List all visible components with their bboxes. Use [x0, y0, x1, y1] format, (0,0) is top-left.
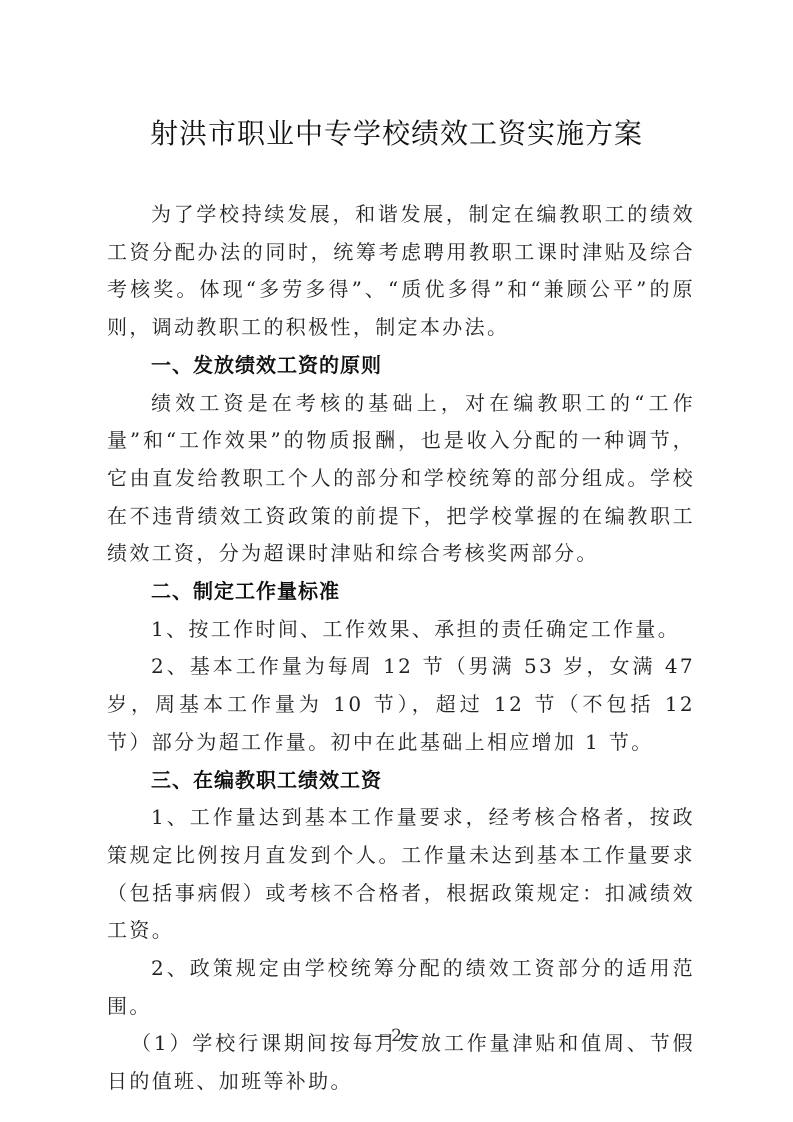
section-heading-3: 三、在编教职工绩效工资	[107, 762, 695, 800]
section-heading-1: 一、发放绩效工资的原则	[107, 347, 695, 385]
document-title: 射洪市职业中专学校绩效工资实施方案	[0, 112, 793, 152]
page-number: —2—	[0, 1026, 793, 1046]
section-2-item-1: 1、按工作时间、工作效果、承担的责任确定工作量。	[107, 611, 695, 649]
section-heading-2: 二、制定工作量标准	[107, 573, 695, 611]
document-page: 射洪市职业中专学校绩效工资实施方案 为了学校持续发展，和谐发展，制定在编教职工的…	[0, 0, 793, 1122]
intro-paragraph: 为了学校持续发展，和谐发展，制定在编教职工的绩效工资分配办法的同时，统筹考虑聘用…	[107, 196, 695, 347]
document-body: 为了学校持续发展，和谐发展，制定在编教职工的绩效工资分配办法的同时，统筹考虑聘用…	[107, 196, 695, 1101]
section-3-item-2: 2、政策规定由学校统筹分配的绩效工资部分的适用范围。	[107, 950, 695, 1025]
section-1-paragraph: 绩效工资是在考核的基础上，对在编教职工的“工作量”和“工作效果”的物质报酬，也是…	[107, 385, 695, 574]
section-3-item-1: 1、工作量达到基本工作量要求，经考核合格者，按政策规定比例按月直发到个人。工作量…	[107, 799, 695, 950]
section-2-item-2: 2、基本工作量为每周 12 节（男满 53 岁，女满 47 岁，周基本工作量为 …	[107, 648, 695, 761]
